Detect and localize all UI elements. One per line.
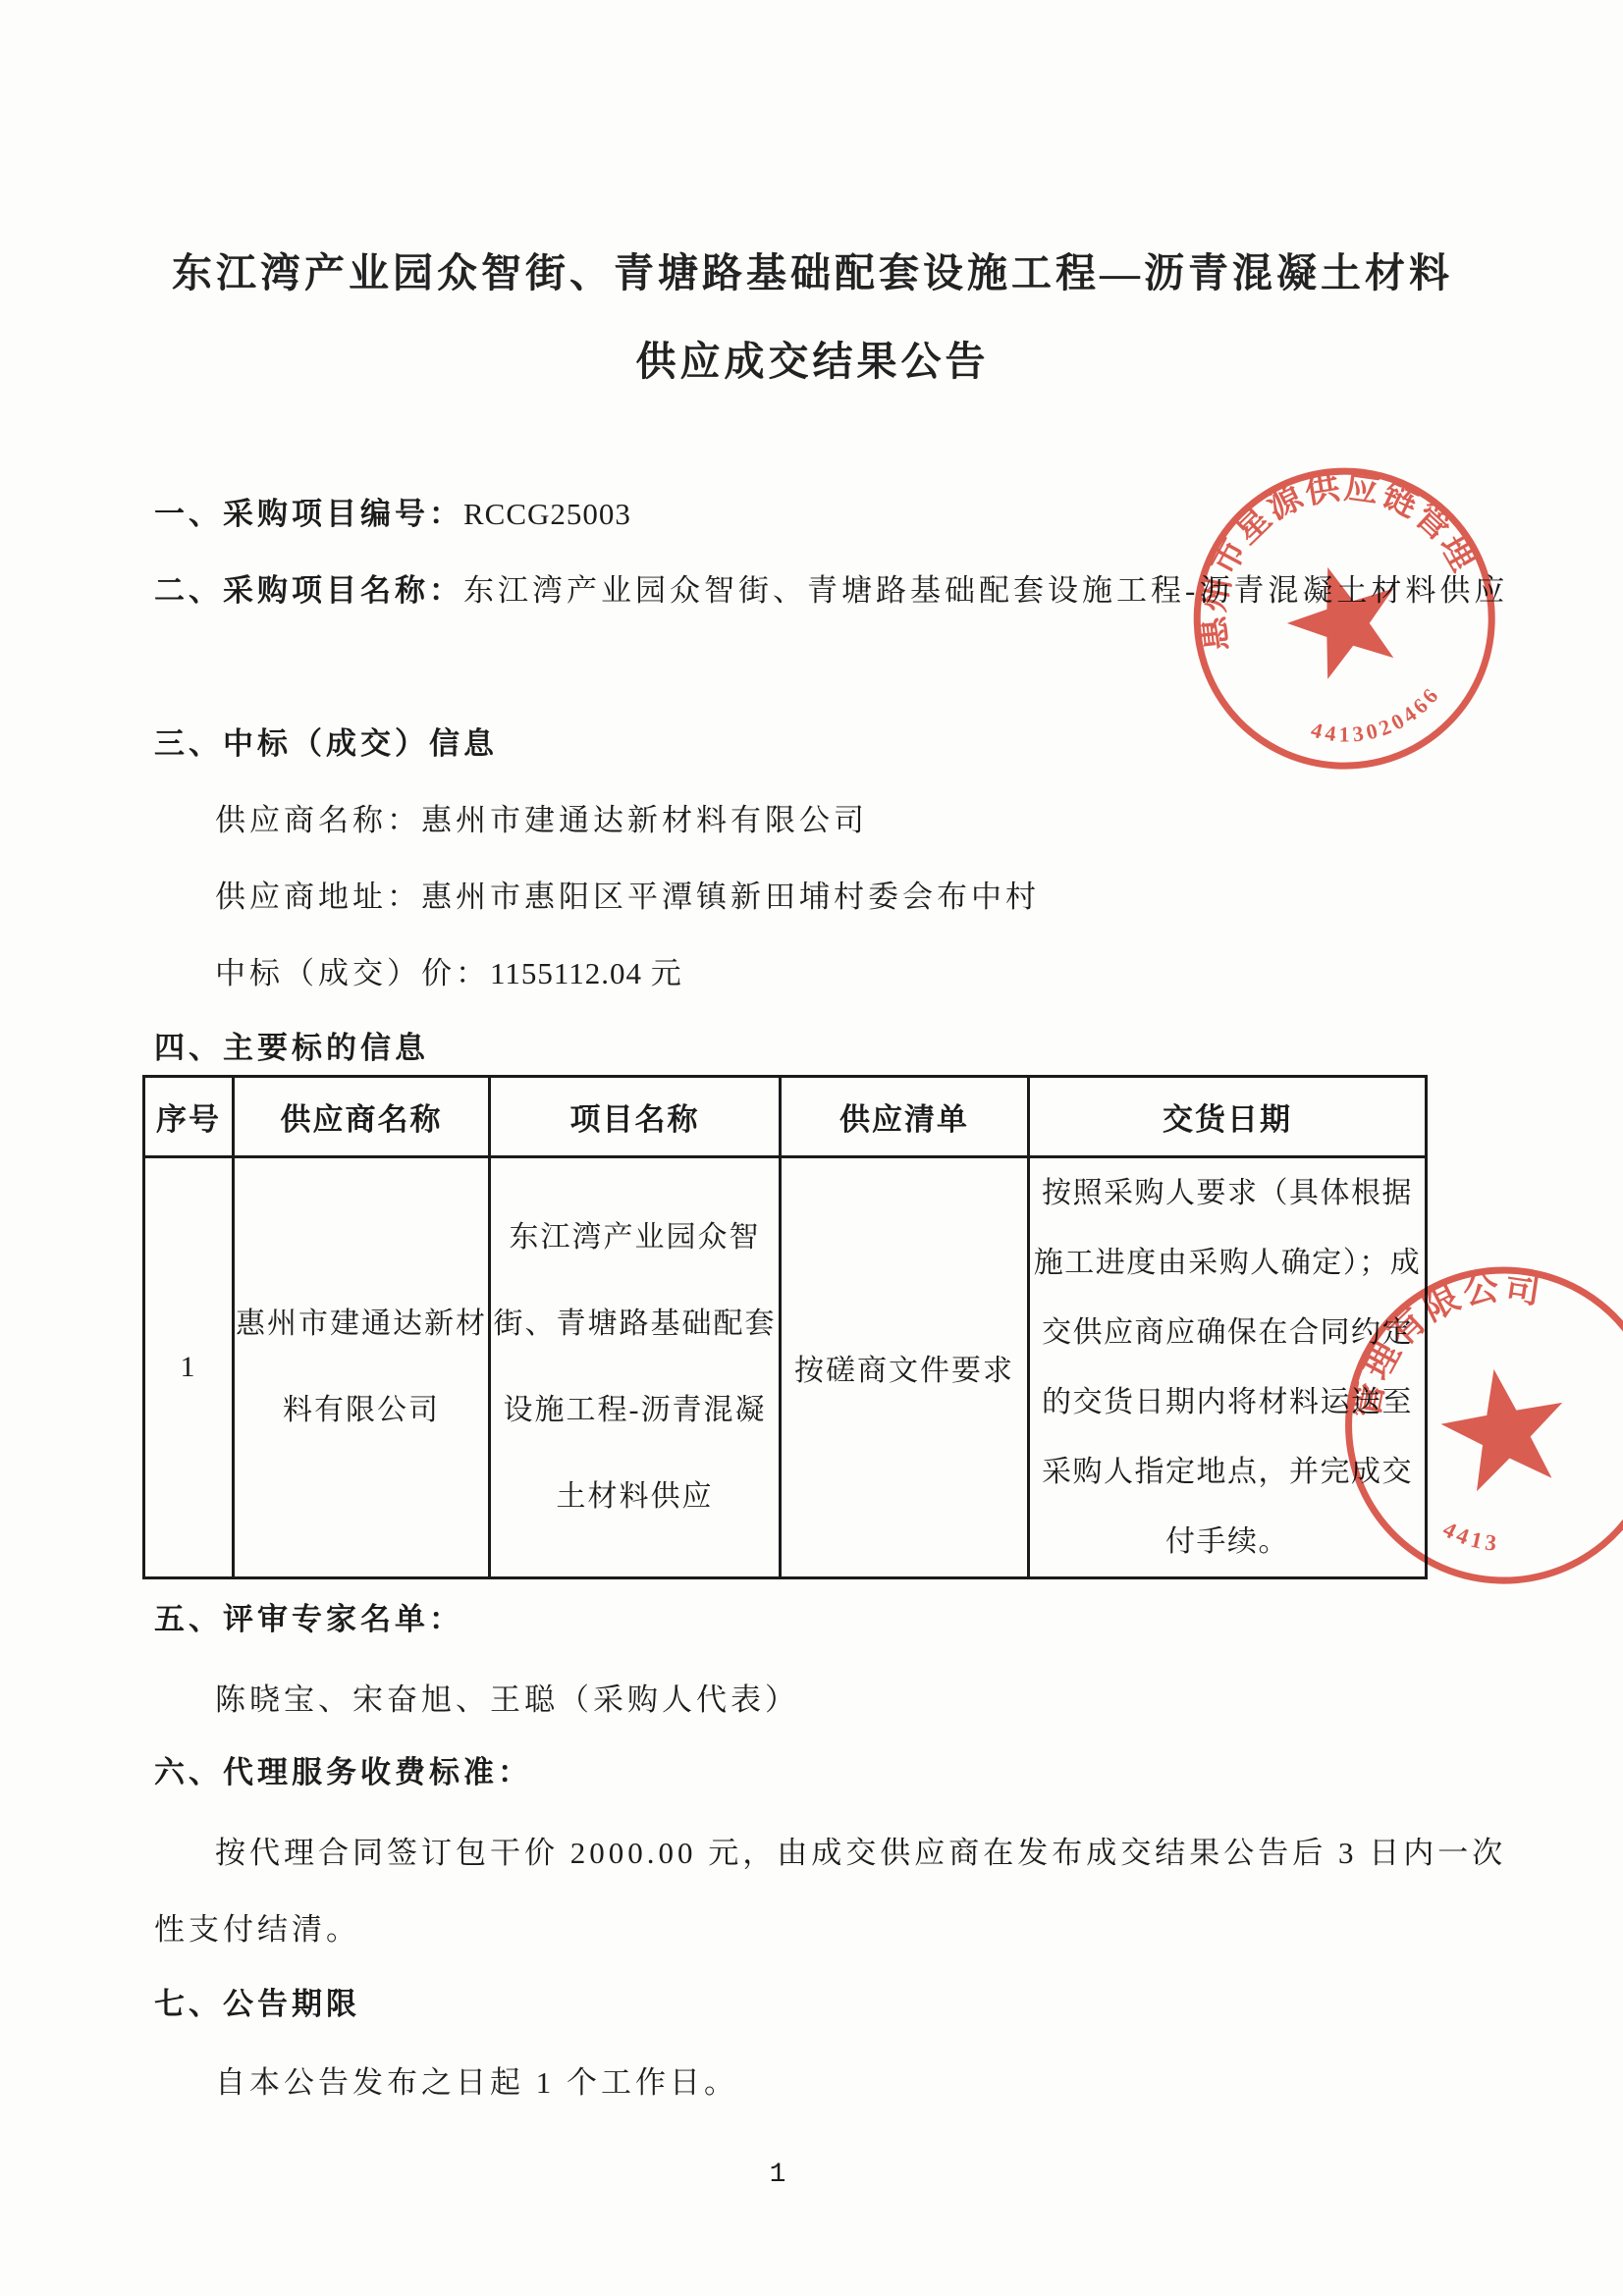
award-price-value: 1155112.04 元 <box>490 956 682 990</box>
section-agency-fee-heading: 六、代理服务收费标准： <box>154 1735 1532 1811</box>
col-header-seq: 序号 <box>144 1077 234 1157</box>
cell-seq: 1 <box>144 1157 234 1578</box>
agency-fee-body: 按代理合同签订包干价 2000.00 元，由成交供应商在发布成交结果公告后 3 … <box>154 1815 1532 1968</box>
section-notice-period-heading: 七、公告期限 <box>154 1966 1532 2043</box>
supplier-address-label: 供应商地址： <box>215 880 421 914</box>
project-name-label: 二、采购项目名称： <box>154 573 463 608</box>
supplier-address-value: 惠州市惠阳区平潭镇新田埔村委会布中村 <box>421 880 1040 914</box>
col-header-supplier: 供应商名称 <box>234 1077 490 1157</box>
seal-digits-text: 4413020466 <box>1302 676 1452 763</box>
main-subject-table: 序号 供应商名称 项目名称 供应清单 交货日期 1 惠州市建通达新材料有限公司 … <box>142 1075 1428 1579</box>
award-price-line: 中标（成交）价：1155112.04 元 <box>154 935 1532 1012</box>
seal-digits-text: 4413 <box>1435 1509 1505 1566</box>
document-title-line2: 供应成交结果公告 <box>113 322 1512 400</box>
seal-company-arc-text: 管理有限公司 <box>1325 1258 1567 1427</box>
experts-list: 陈晓宝、宋奋旭、王聪（采购人代表） <box>154 1662 1532 1738</box>
supplier-name-label: 供应商名称： <box>215 803 421 837</box>
seal-arc-text: 管理有限公司 <box>1325 1258 1567 1427</box>
supplier-address-line: 供应商地址：惠州市惠阳区平潭镇新田埔村委会布中村 <box>154 859 1532 935</box>
cell-project: 东江湾产业园众智街、青塘路基础配套设施工程-沥青混凝土材料供应 <box>490 1157 781 1578</box>
notice-period-body: 自本公告发布之日起 1 个工作日。 <box>154 2045 1532 2121</box>
award-price-label: 中标（成交）价： <box>215 956 490 990</box>
col-header-project: 项目名称 <box>490 1077 781 1157</box>
table-row: 1 惠州市建通达新材料有限公司 东江湾产业园众智街、青塘路基础配套设施工程-沥青… <box>144 1157 1427 1578</box>
cell-supplier: 惠州市建通达新材料有限公司 <box>234 1157 490 1578</box>
project-number-value: RCCG25003 <box>463 497 631 531</box>
seal-code-digits: 4413020466 <box>1302 676 1452 763</box>
page-number: 1 <box>756 2160 799 2190</box>
col-header-delivery-date: 交货日期 <box>1029 1077 1427 1157</box>
table-header-row: 序号 供应商名称 项目名称 供应清单 交货日期 <box>144 1077 1427 1157</box>
seal-star-icon <box>1434 1359 1575 1495</box>
seal-code-digits: 4413 <box>1435 1509 1505 1566</box>
section-experts-heading: 五、评审专家名单： <box>154 1581 1532 1658</box>
cell-supply-list: 按磋商文件要求 <box>781 1157 1029 1578</box>
supplier-name-value: 惠州市建通达新材料有限公司 <box>421 803 868 837</box>
document-page: 东江湾产业园众智街、青塘路基础配套设施工程—沥青混凝土材料 供应成交结果公告 一… <box>0 0 1623 2296</box>
document-title-line1: 东江湾产业园众智街、青塘路基础配套设施工程—沥青混凝土材料 <box>113 234 1512 312</box>
seal-star-icon <box>1274 550 1414 685</box>
col-header-supply-list: 供应清单 <box>781 1077 1029 1157</box>
project-number-label: 一、采购项目编号： <box>154 497 463 531</box>
